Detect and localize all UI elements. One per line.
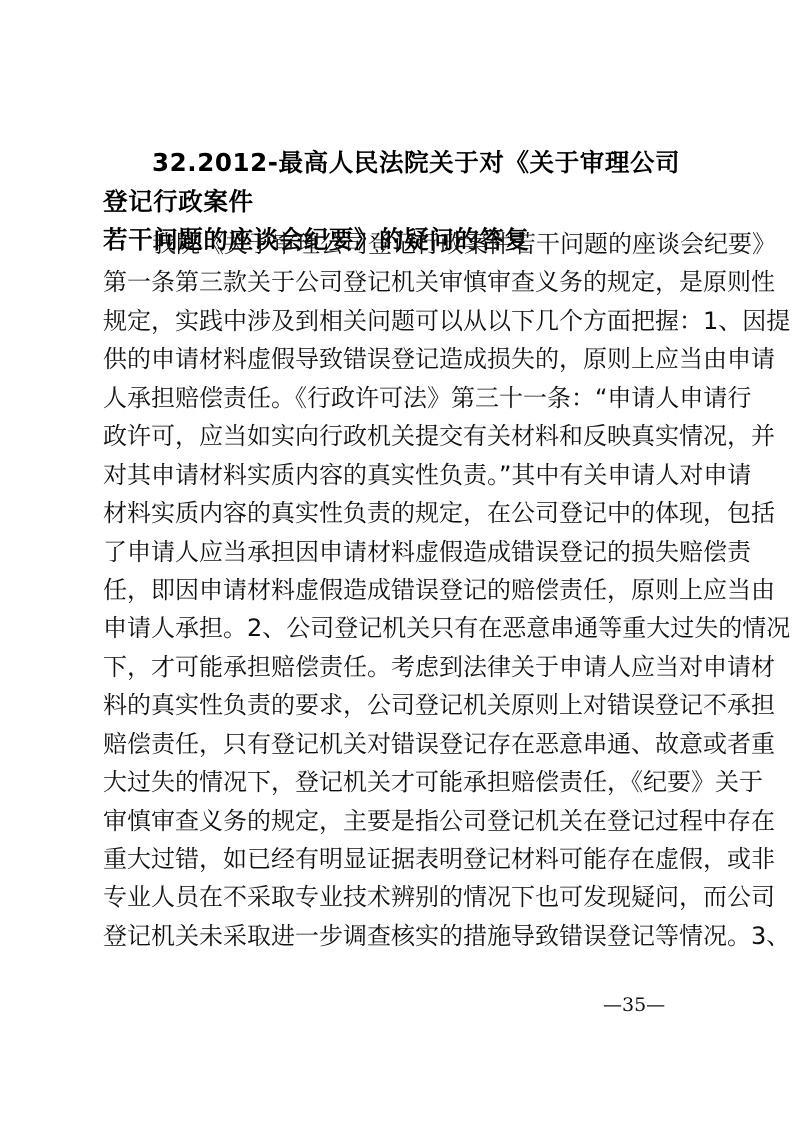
body-line: 材料实质内容的真实性负责的规定，在公司登记中的体现，包括 [103,494,705,532]
body-line: 重大过错，如已经有明显证据表明登记材料可能存在虚假，或非 [103,840,705,878]
body-line: 任，即因申请材料虚假造成错误登记的赔偿责任，原则上应当由 [103,571,705,609]
body-line: 料的真实性负责的要求，公司登记机关原则上对错误登记不承担 [103,686,705,724]
body-line: 专业人员在不采取专业技术辨别的情况下也可发现疑问，而公司 [103,878,705,916]
body-line: 人承担赔偿责任。《行政许可法》第三十一条：“申请人申请行 [103,379,705,417]
body-line: 规定，实践中涉及到相关问题可以从以下几个方面把握：1、因提 [103,302,705,340]
document-body: 我院《关于审理公司登记行政案件若干问题的座谈会纪要》 第一条第三款关于公司登记机… [103,225,705,955]
page-number: —35— [603,992,683,1018]
body-line: 赔偿责任，只有登记机关对错误登记存在恶意串通、故意或者重 [103,725,705,763]
body-line: 下，才可能承担赔偿责任。考虑到法律关于申请人应当对申请材 [103,648,705,686]
body-line: 供的申请材料虚假导致错误登记造成损失的，原则上应当由申请 [103,340,705,378]
body-line: 大过失的情况下，登记机关才可能承担赔偿责任，《纪要》关于 [103,763,705,801]
title-line: 32.2012-最高人民法院关于对《关于审理公司登记行政案件 [103,144,705,221]
body-line: 审慎审查义务的规定，主要是指公司登记机关在登记过程中存在 [103,802,705,840]
body-line: 第一条第三款关于公司登记机关审慎审查义务的规定，是原则性 [103,263,705,301]
body-line: 了申请人应当承担因申请材料虚假造成错误登记的损失赔偿责 [103,533,705,571]
body-line: 政许可，应当如实向行政机关提交有关材料和反映真实情况，并 [103,417,705,455]
document-page: 32.2012-最高人民法院关于对《关于审理公司登记行政案件 若干问题的座谈会纪… [0,0,793,1122]
body-line: 对其申请材料实质内容的真实性负责。”其中有关申请人对申请 [103,456,705,494]
body-line: 申请人承担。2、公司登记机关只有在恶意串通等重大过失的情况 [103,609,705,647]
body-line: 我院《关于审理公司登记行政案件若干问题的座谈会纪要》 [103,225,705,263]
body-line: 登记机关未采取进一步调查核实的措施导致错误登记等情况。3、 [103,917,705,955]
